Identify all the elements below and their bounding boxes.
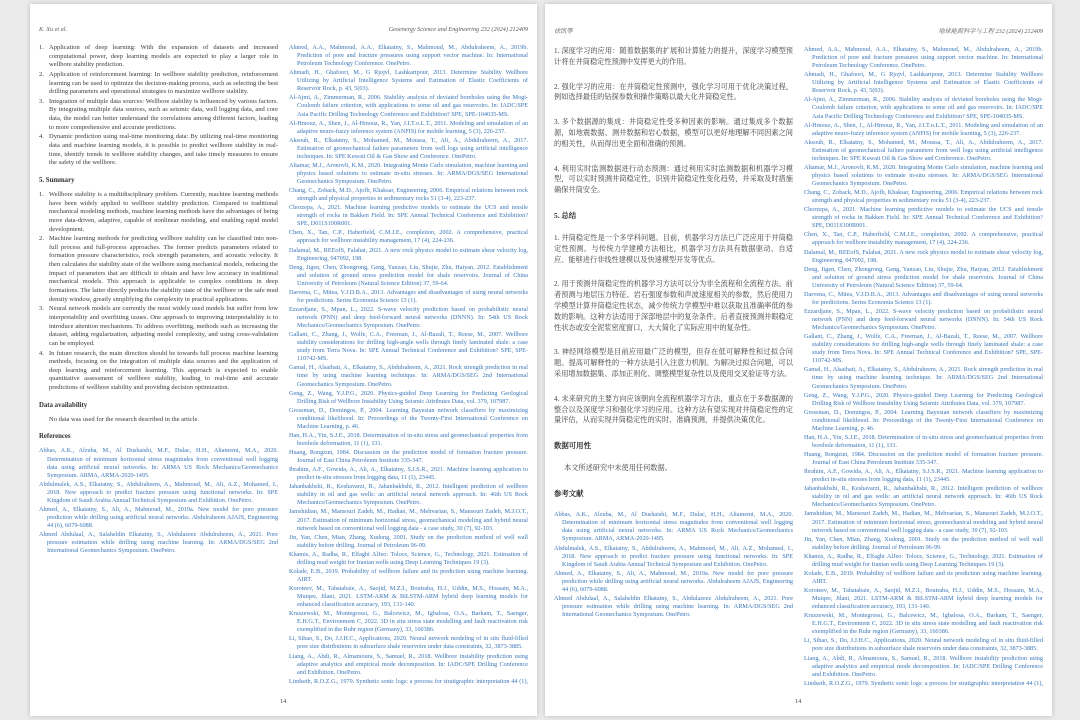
reference-entry[interactable]: Darvena, C., Mitea, V.J.D.B.A., 2013. Ad… xyxy=(289,289,528,305)
numbered-paragraph: 1.深度学习的应用：随着数据集的扩展和计算能力的提升，深度学习模型预计将在井筒稳… xyxy=(554,46,793,68)
list-item-number: 4. xyxy=(554,395,559,403)
reference-entry[interactable]: Grossman, D., Domingos, P., 2004. Learni… xyxy=(804,409,1043,433)
reference-entry[interactable]: Jin, Yan, Chen, Mian, Zhang, Xudong, 200… xyxy=(289,534,528,550)
right-page-column-2-references: Ahmed, A.A., Mahmoud, A.A., Elkatatny, S… xyxy=(804,46,1043,688)
reference-entry[interactable]: Deng, Jigen, Chen, Zhongrong, Geng, Yanz… xyxy=(804,266,1043,290)
reference-entry[interactable]: Jahanbakhshi, R., Keshavarzi, R., Jahanb… xyxy=(289,483,528,507)
reference-entry[interactable]: Han, H.A., Yin, S.J.E., 2018. Determinat… xyxy=(804,434,1043,450)
running-head: 徐凯等 地球能源科学与工程 232 (2024) 212409 xyxy=(554,26,1043,37)
reference-entry[interactable]: Li, Sihao, S., Do, J.J.H.C., Application… xyxy=(804,637,1043,653)
numbered-paragraph: 2.用于预测井筒稳定性的机器学习方法可以分为非全流程和全流程方法。前者预测与地层… xyxy=(554,279,793,333)
list-item-number: 4. xyxy=(554,165,559,173)
reference-entry[interactable]: Chang, C., Zoback, M.D., Ajofb, Khaksar,… xyxy=(289,187,528,203)
reference-entry[interactable]: Jamshidian, M., Mansouri Zadeh, M., Hadi… xyxy=(289,508,528,532)
list-item-text: Neural network models are currently the … xyxy=(49,305,278,348)
numbered-list-item: 3. Neural network models are currently t… xyxy=(39,305,278,348)
reference-entry[interactable]: Deng, Jigen, Chen, Zhongrong, Geng, Yanz… xyxy=(289,264,528,288)
data-availability-heading: Data availability xyxy=(39,401,278,410)
list-item-number: 3. xyxy=(554,348,559,356)
references-heading-zh: 参考文献 xyxy=(554,488,793,499)
reference-entry[interactable]: Gamal, H., Alsaihati, A., Elkatatny, S.,… xyxy=(804,366,1043,390)
reference-entry[interactable]: Aksouh, R., Elkatatny, S., Mohamed, M., … xyxy=(804,139,1043,163)
reference-entry[interactable]: Gallant, C., Zhang, J., Wolfe, C.A., Fre… xyxy=(289,331,528,363)
list-item-text: Dynamic prediction using real-time monit… xyxy=(49,133,278,168)
reference-entry[interactable]: Huang, Rongzun, 1984. Discussion on the … xyxy=(804,451,1043,467)
list-item-number: 2. xyxy=(554,83,559,91)
list-item-number: 3. xyxy=(39,98,49,133)
list-item-number: 3. xyxy=(554,118,559,126)
list-item-text: 神经网络模型是目前应用最广泛的模型，但存在低可解释性和过拟合问题。提高可解释性的… xyxy=(554,348,793,378)
reference-entry[interactable]: Chorzepa, A., 2021. Machine learning pre… xyxy=(804,206,1043,230)
reference-entry[interactable]: Koroteev, M., Tabatabaie, A., Saojid, M.… xyxy=(804,587,1043,611)
data-availability-text-zh: 本文所述研究中未使用任何数据。 xyxy=(554,463,793,474)
reference-entry[interactable]: Abbas, A.K., Alzuba, M., Al Dushaishi, M… xyxy=(554,511,793,543)
list-item-text: In future research, the main direction s… xyxy=(49,350,278,393)
future-directions-list: 1. Application of deep learning: With th… xyxy=(39,44,278,168)
list-item-text: 井筒稳定性是一个多学科问题。目前，机器学习方法已广泛应用于井筒稳定性预测。与传统… xyxy=(554,234,793,264)
page-left-english: K. Xu et al. Geoenergy Science and Engin… xyxy=(30,4,537,716)
list-item-text: 多个数据源的集成：井筒稳定性受多种因素的影响。通过集成多个数据源，如地震数据、测… xyxy=(554,118,793,148)
list-item-number: 3. xyxy=(39,305,49,348)
reference-entry[interactable]: Ezzardjane, S., Mpan, L., 2022. S-wave v… xyxy=(804,308,1043,332)
reference-entry[interactable]: Chen, X., Tan, C.P., Haberfield, C.M.J.E… xyxy=(289,229,528,245)
reference-entry[interactable]: Abdulmalek, A.S., Elkatatny, S., Abdulra… xyxy=(554,545,793,569)
numbered-paragraph: 1.井筒稳定性是一个多学科问题。目前，机器学习方法已广泛应用于井筒稳定性预测。与… xyxy=(554,233,793,265)
reference-entry[interactable]: Gamal, H., Alsaihati, A., Elkatatny, S.,… xyxy=(289,364,528,388)
numbered-list-item: 2. Machine learning methods for predicti… xyxy=(39,235,278,304)
references-heading: References xyxy=(39,432,278,441)
numbered-paragraph: 4.利用实时监测数据进行动态预测：通过利用实时监测数据和机器学习模型，可以实时预… xyxy=(554,164,793,196)
list-item-number: 2. xyxy=(554,280,559,288)
numbered-list-item: 1. Wellbore stability is a multidiscipli… xyxy=(39,191,278,234)
future-directions-list-zh: 1.深度学习的应用：随着数据集的扩展和计算能力的提升，深度学习模型预计将在井筒稳… xyxy=(554,46,793,196)
summary-list-zh: 1.井筒稳定性是一个多学科问题。目前，机器学习方法已广泛应用于井筒稳定性预测。与… xyxy=(554,233,793,426)
numbered-list-item: 1. Application of deep learning: With th… xyxy=(39,44,278,70)
numbered-paragraph: 4.未来研究的主要方向应该朝向全流程机器学习方法，重点在于多数据源的整合以及深度… xyxy=(554,394,793,426)
reference-entry[interactable]: Chorzepa, A., 2021. Machine learning pre… xyxy=(289,204,528,228)
reference-entry[interactable]: Khamis, A., Radha, R., Elfaghi AlJeo: To… xyxy=(804,553,1043,569)
page-right-chinese: 徐凯等 地球能源科学与工程 232 (2024) 212409 1.深度学习的应… xyxy=(545,4,1052,716)
numbered-list-item: 2. Application of reinforcement learning… xyxy=(39,71,278,97)
page-number: 14 xyxy=(280,698,286,705)
reference-entry[interactable]: Kruszewski, M., Montegrossi, G., Balcewi… xyxy=(804,612,1043,636)
reference-entry[interactable]: Altamar, M.J., Aronovli, K.M., 2020. Int… xyxy=(289,162,528,186)
list-item-text: 利用实时监测数据进行动态预测：通过利用实时监测数据和机器学习模型，可以实时预测井… xyxy=(554,165,793,195)
reference-entry[interactable]: Ibrahim, A.F., Gowida, A., Ali, A., Elka… xyxy=(804,468,1043,484)
reference-entry[interactable]: Ahmed Abdulaal, A., Salaheldin Elkatatny… xyxy=(554,595,793,619)
reference-entry[interactable]: Abbas, A.K., Alzuba, M., Al Dushaishi, M… xyxy=(39,447,278,479)
list-item-text: Integration of multiple data sources: We… xyxy=(49,98,278,133)
summary-heading-zh: 5. 总结 xyxy=(554,210,793,221)
running-head-authors: K. Xu et al. xyxy=(39,26,67,33)
list-item-number: 2. xyxy=(39,235,49,304)
reference-entry[interactable]: Al-Hmouz, A., Shen, J., Al-Hmouz, R., Ya… xyxy=(289,120,528,136)
running-head-journal: 地球能源科学与工程 232 (2024) 212409 xyxy=(938,26,1043,35)
right-page-column-1: 1.深度学习的应用：随着数据集的扩展和计算能力的提升，深度学习模型预计将在井筒稳… xyxy=(554,46,793,688)
reference-entry[interactable]: Altamar, M.J., Aronovli, K.M., 2020. Int… xyxy=(804,164,1043,188)
summary-heading: 5. Summary xyxy=(39,176,278,185)
reference-entry[interactable]: Huang, Rongzun, 1984. Discussion on the … xyxy=(289,449,528,465)
reference-entry[interactable]: Chang, C., Zoback, M.D., Ajofb, Khaksar,… xyxy=(804,189,1043,205)
left-page-column-2-references: Ahmed, A.A., Mahmoud, A.A., Elkatatny, S… xyxy=(289,44,528,686)
reference-entry[interactable]: Ahmed, A.A., Mahmoud, A.A., Elkatatny, S… xyxy=(804,46,1043,70)
reference-entry[interactable]: Ezzardjane, S., Mpan, L., 2022. S-wave v… xyxy=(289,306,528,330)
reference-entry[interactable]: Jin, Yan, Chen, Mian, Zhang, Xudong, 200… xyxy=(804,536,1043,552)
list-item-number: 2. xyxy=(39,71,49,97)
reference-entry[interactable]: Ahmadi, H., Ghafoori, M., G Rjojvl, Lash… xyxy=(804,71,1043,95)
list-item-text: Wellbore stability is a multidisciplinar… xyxy=(49,191,278,234)
reference-entry[interactable]: Liang, A., Abdi, R., Almamoura, S., Samu… xyxy=(289,653,528,677)
reference-entry[interactable]: Jamshidian, M., Mansouri Zadeh, M., Hadi… xyxy=(804,510,1043,534)
data-availability-text: No data was used for the research descri… xyxy=(39,416,278,425)
list-item-number: 1. xyxy=(554,47,559,55)
reference-entry[interactable]: Dalamal, M., REEofS, Falahat, 2021. A ne… xyxy=(804,249,1043,265)
reference-entry[interactable]: Al-Hmouz, A., Shen, J., Al-Hmouz, R., Ya… xyxy=(804,122,1043,138)
reference-entry[interactable]: Al-Ajmi, A., Zimmerman, R., 2006. Stabil… xyxy=(289,94,528,118)
reference-entry[interactable]: Grossman, D., Domingos, P., 2004. Learni… xyxy=(289,407,528,431)
numbered-paragraph: 3.神经网络模型是目前应用最广泛的模型，但存在低可解释性和过拟合问题。提高可解释… xyxy=(554,347,793,379)
references-list-column1: Abbas, A.K., Alzuba, M., Al Dushaishi, M… xyxy=(554,511,793,619)
reference-entry[interactable]: Darvena, C., Mitea, V.J.D.B.A., 2013. Ad… xyxy=(804,291,1043,307)
reference-entry[interactable]: Ahmed, A.A., Mahmoud, A.A., Elkatatny, S… xyxy=(289,44,528,68)
numbered-list-item: 3. Integration of multiple data sources:… xyxy=(39,98,278,133)
summary-list: 1. Wellbore stability is a multidiscipli… xyxy=(39,191,278,393)
reference-entry[interactable]: Kolade, E.B., 2019. Probability of wellb… xyxy=(289,568,528,584)
reference-entry[interactable]: Ahmed, A., Elkatatny, S., Ali, A., Mahmo… xyxy=(39,506,278,530)
reference-entry[interactable]: Lindseth, R.O.Z.G., 1979. Synthetic soni… xyxy=(289,678,528,686)
list-item-text: Application of reinforcement learning: I… xyxy=(49,71,278,97)
reference-entry[interactable]: Geng, Z., Wang, Y.J.P.G., 2020. Physics-… xyxy=(804,392,1043,408)
reference-entry[interactable]: Liang, A., Abdi, R., Almamoura, S., Samu… xyxy=(804,655,1043,679)
reference-entry[interactable]: Chen, X., Tan, C.P., Haberfield, C.M.J.E… xyxy=(804,231,1043,247)
list-item-number: 1. xyxy=(39,191,49,234)
reference-entry[interactable]: Khamis, A., Radha, R., Elfaghi AlJeo: To… xyxy=(289,551,528,567)
reference-entry[interactable]: Aksouh, R., Elkatatny, S., Mohamed, M., … xyxy=(289,137,528,161)
running-head-authors: 徐凯等 xyxy=(554,26,573,35)
numbered-paragraph: 2.强化学习的应用：在井筒稳定性预测中，强化学习可用于优化决策过程，例如选择最佳… xyxy=(554,82,793,104)
reference-entry[interactable]: Li, Sihao, S., Do, J.J.H.C., Application… xyxy=(289,635,528,651)
document-canvas: K. Xu et al. Geoenergy Science and Engin… xyxy=(0,0,1080,720)
list-item-number: 1. xyxy=(554,234,559,242)
reference-entry[interactable]: Ibrahim, A.F., Gowida, A., Ali, A., Elka… xyxy=(289,466,528,482)
numbered-paragraph: 3.多个数据源的集成：井筒稳定性受多种因素的影响。通过集成多个数据源，如地震数据… xyxy=(554,117,793,149)
numbered-list-item: 4. Dynamic prediction using real-time mo… xyxy=(39,133,278,168)
running-head: K. Xu et al. Geoenergy Science and Engin… xyxy=(39,26,528,35)
list-item-text: Machine learning methods for predicting … xyxy=(49,235,278,304)
running-head-journal: Geoenergy Science and Engineering 232 (2… xyxy=(389,26,528,33)
list-item-text: 深度学习的应用：随着数据集的扩展和计算能力的提升，深度学习模型预计将在井筒稳定性… xyxy=(554,47,793,66)
reference-entry[interactable]: Ahmadi, H., Ghafoori, M., G Rjojvl, Lash… xyxy=(289,69,528,93)
left-page-column-1: 1. Application of deep learning: With th… xyxy=(39,44,278,686)
reference-entry[interactable]: Han, H.A., Yin, S.J.E., 2018. Determinat… xyxy=(289,432,528,448)
reference-entry[interactable]: Gallant, C., Zhang, J., Wolfe, C.A., Fre… xyxy=(804,333,1043,365)
reference-entry[interactable]: Ahmed Abdulaal, A., Salaheldin Elkatatny… xyxy=(39,531,278,555)
references-list-column1: Abbas, A.K., Alzuba, M., Al Dushaishi, M… xyxy=(39,447,278,555)
reference-entry[interactable]: Dalamal, M., REEofS, Falahat, 2021. A ne… xyxy=(289,247,528,263)
reference-entry[interactable]: Geng, Z., Wang, Y.J.P.G., 2020. Physics-… xyxy=(289,390,528,406)
list-item-number: 4. xyxy=(39,350,49,393)
list-item-text: 未来研究的主要方向应该朝向全流程机器学习方法，重点在于多数据源的整合以及深度学习… xyxy=(554,395,793,425)
reference-entry[interactable]: Koroteev, M., Tabatabaie, A., Saojid, M.… xyxy=(289,585,528,609)
page-number: 14 xyxy=(795,698,801,705)
list-item-number: 1. xyxy=(39,44,49,70)
reference-entry[interactable]: Ahmed, A., Elkatatny, S., Ali, A., Mahmo… xyxy=(554,570,793,594)
list-item-text: 用于预测井筒稳定性的机器学习方法可以分为非全流程和全流程方法。前者预测与地层压力… xyxy=(554,280,793,331)
reference-entry[interactable]: Al-Ajmi, A., Zimmerman, R., 2006. Stabil… xyxy=(804,96,1043,120)
reference-entry[interactable]: Kruszewski, M., Montegrossi, G., Balcewi… xyxy=(289,610,528,634)
reference-entry[interactable]: Lindseth, R.O.Z.G., 1979. Synthetic soni… xyxy=(804,680,1043,688)
reference-entry[interactable]: Jahanbakhshi, R., Keshavarzi, R., Jahanb… xyxy=(804,485,1043,509)
numbered-list-item: 4. In future research, the main directio… xyxy=(39,350,278,393)
list-item-text: Application of deep learning: With the e… xyxy=(49,44,278,70)
data-availability-heading-zh: 数据可用性 xyxy=(554,440,793,451)
reference-entry[interactable]: Kolade, E.B., 2019. Probability of wellb… xyxy=(804,570,1043,586)
list-item-text: 强化学习的应用：在井筒稳定性预测中，强化学习可用于优化决策过程，例如选择最佳的钻… xyxy=(554,83,793,102)
list-item-number: 4. xyxy=(39,133,49,168)
reference-entry[interactable]: Abdulmalek, A.S., Elkatatny, S., Abdulra… xyxy=(39,481,278,505)
